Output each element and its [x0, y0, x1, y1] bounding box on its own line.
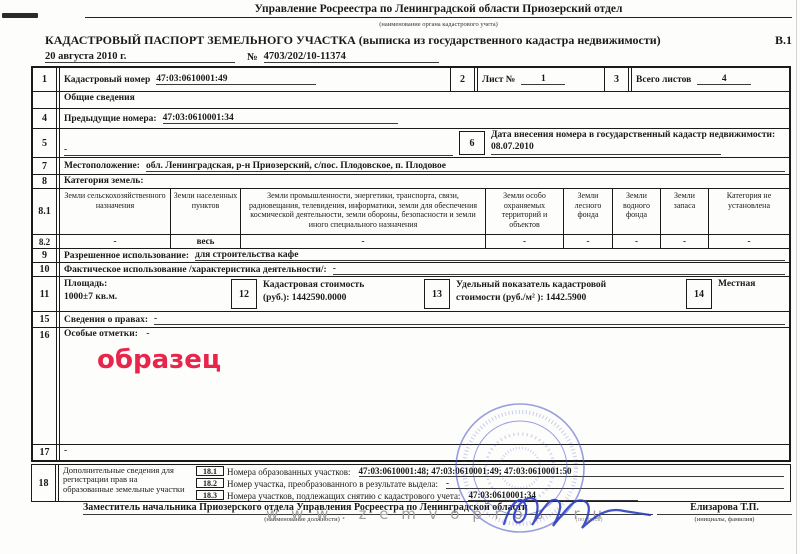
- row-land-category-columns: 8.1 Земли сельскохозяйственного назначен…: [33, 189, 789, 235]
- row-cadastral-number: 1 Кадастровый номер 47:03:0610001:49 2 Л…: [33, 68, 789, 92]
- registration-mark: [2, 13, 38, 18]
- sheet-number-cell: Лист № 1: [477, 68, 602, 91]
- name-caption: (инициалы, фамилия): [657, 515, 792, 523]
- row-land-category: 8 Категория земель:: [33, 175, 789, 189]
- row-number: 15: [33, 312, 57, 327]
- land-category-column: Земли лесного фонда: [563, 189, 612, 234]
- land-category-column: Категория не установлена: [708, 189, 789, 234]
- unit-cost-label-2: стоимости (руб./м² ):: [456, 293, 544, 303]
- location-value: обл. Ленинградская, р-н Приозерский, с/п…: [146, 161, 785, 172]
- row-number: 2: [450, 68, 475, 91]
- total-sheets-value: 4: [697, 74, 751, 85]
- location-cell: Местоположение: обл. Ленинградская, р-н …: [59, 158, 789, 174]
- row-number: 7: [33, 158, 57, 174]
- row-number: 5: [33, 129, 57, 157]
- additional-info-block: 18 Дополнительные сведения для регистрац…: [31, 464, 791, 502]
- document-title-line: КАДАСТРОВЫЙ ПАСПОРТ ЗЕМЕЛЬНОГО УЧАСТКА (…: [45, 33, 792, 48]
- document-title: КАДАСТРОВЫЙ ПАСПОРТ ЗЕМЕЛЬНОГО УЧАСТКА (…: [45, 33, 661, 48]
- row-previous-numbers: 4 Предыдущие номера: 47:03:0610001:34: [33, 109, 789, 129]
- land-category-value: -: [563, 235, 612, 248]
- land-category-column: Земли сельскохозяйственного назначения: [60, 189, 170, 234]
- row-number: 1: [33, 68, 57, 91]
- row-number: 18: [32, 465, 56, 501]
- row-number: 17: [33, 445, 57, 460]
- row-number: 18.3: [196, 490, 224, 500]
- actual-use-label: Фактическое использование /характеристик…: [64, 265, 327, 275]
- row-number: [33, 92, 57, 108]
- row5-value: -: [64, 145, 453, 156]
- area-value: 1000±7 кв.м.: [64, 292, 117, 302]
- rights-info-cell: Сведения о правах: -: [59, 312, 789, 327]
- row-land-category-values: 8.2 - весь - - - - - -: [33, 235, 789, 249]
- row-number: 10: [33, 263, 57, 276]
- row-number: 12: [231, 279, 257, 309]
- land-category-value: -: [60, 235, 170, 248]
- row-number: 13: [424, 279, 450, 309]
- row-entry-date: 5 - 6 Дата внесения номера в государстве…: [33, 129, 789, 158]
- land-category-value: -: [485, 235, 563, 248]
- special-notes-value: -: [146, 329, 149, 339]
- land-category-columns: Земли сельскохозяйственного назначения З…: [59, 189, 789, 234]
- rights-info-label: Сведения о правах:: [64, 315, 148, 325]
- previous-numbers-label: Предыдущие номера:: [64, 114, 157, 124]
- form-code: В.1: [775, 33, 792, 48]
- row5-cell: -: [59, 129, 457, 157]
- formed-parcels-label: Номера образованных участков:: [227, 467, 351, 477]
- name-column: Елизарова Т.П. (инициалы, фамилия): [657, 502, 792, 523]
- land-category-values: - весь - - - - - -: [59, 235, 789, 248]
- cadastral-number-label: Кадастровый номер: [64, 75, 150, 85]
- scan-edge-line: [796, 0, 797, 554]
- land-category-column: Земли промышленности, энергетики, трансп…: [240, 189, 485, 234]
- row-number: 6: [459, 131, 485, 155]
- sheet-label: Лист №: [482, 75, 515, 85]
- cadastral-passport-page: Управление Росреестра по Ленинградской о…: [0, 0, 800, 554]
- cadastral-number-cell: Кадастровый номер 47:03:0610001:49: [59, 68, 448, 91]
- total-sheets-cell: Всего листов 4: [631, 68, 789, 91]
- row-number: 8.2: [33, 235, 57, 248]
- removed-parcels-label: Номера участков, подлежащих снятию с кад…: [227, 491, 460, 501]
- land-category-value: -: [612, 235, 660, 248]
- row-17: 17 -: [33, 445, 789, 460]
- location-label: Местоположение:: [64, 161, 140, 171]
- additional-info-label: Дополнительные сведения для регистрации …: [58, 465, 193, 501]
- row-location: 7 Местоположение: обл. Ленинградская, р-…: [33, 158, 789, 175]
- row-number: 4: [33, 109, 57, 128]
- area-label: Площадь:: [64, 279, 107, 289]
- handwritten-signature: [498, 488, 658, 536]
- land-category-value: весь: [170, 235, 240, 248]
- land-category-column: Земли особо охраняемых территорий и объе…: [485, 189, 563, 234]
- row-number: 14: [686, 279, 712, 309]
- unit-cost-label-1: Удельный показатель кадастровой: [456, 280, 606, 290]
- cadastral-cost-value: 1442590.0000: [292, 293, 347, 303]
- permitted-use-label: Разрешенное использование:: [64, 251, 189, 261]
- cadastral-cost-label-2: (руб.):: [263, 293, 289, 303]
- actual-use-value: -: [333, 264, 785, 275]
- special-notes-label: Особые отметки:: [64, 329, 138, 339]
- authority-name: Управление Росреестра по Ленинградской о…: [85, 3, 792, 18]
- authority-caption: (наименование органа кадастрового учета): [85, 21, 792, 28]
- land-category-value: -: [660, 235, 708, 248]
- row-number: 9: [33, 249, 57, 262]
- permitted-use-value: для строительства кафе: [195, 250, 785, 261]
- main-table: 1 Кадастровый номер 47:03:0610001:49 2 Л…: [31, 66, 791, 462]
- sheet-value: 1: [521, 74, 565, 85]
- row-number: 11: [33, 277, 57, 311]
- permitted-use-cell: Разрешенное использование: для строитель…: [59, 249, 789, 262]
- row-area-cost: 11 Площадь: 1000±7 кв.м. 12 Кадастровая …: [33, 277, 789, 312]
- land-category-value: -: [240, 235, 485, 248]
- row-number: 16: [33, 328, 57, 444]
- row-rights-info: 15 Сведения о правах: -: [33, 312, 789, 328]
- rights-info-value: -: [154, 314, 785, 325]
- area-cell: Площадь: 1000±7 кв.м.: [59, 277, 229, 311]
- document-number: 4703/202/10-11374: [264, 51, 439, 63]
- official-name: Елизарова Т.П.: [657, 502, 792, 515]
- land-category-column: Земли запаса: [660, 189, 708, 234]
- previous-numbers-cell: Предыдущие номера: 47:03:0610001:34: [59, 109, 789, 128]
- cadastral-cost-cell: Кадастровая стоимость (руб.): 1442590.00…: [259, 277, 422, 311]
- previous-numbers-value: 47:03:0610001:34: [163, 113, 398, 124]
- transformed-parcel-label: Номер участка, преобразованного в резуль…: [227, 479, 438, 489]
- entry-date-label: Дата внесения номера в государственный к…: [491, 130, 775, 140]
- entry-date-cell: Дата внесения номера в государственный к…: [487, 129, 789, 157]
- row-permitted-use: 9 Разрешенное использование: для строите…: [33, 249, 789, 263]
- land-category-column: Земли населенных пунктов: [170, 189, 240, 234]
- row-actual-use: 10 Фактическое использование /характерис…: [33, 263, 789, 277]
- unit-cost-cell: Удельный показатель кадастровой стоимост…: [452, 277, 684, 311]
- number-sign: №: [247, 52, 258, 63]
- row-number: 8.1: [33, 189, 57, 234]
- cadastral-cost-label-1: Кадастровая стоимость: [263, 280, 364, 290]
- row17-value: -: [59, 445, 789, 460]
- row-number: 18.2: [196, 478, 224, 488]
- entry-date-value: 08.07.2010: [491, 142, 721, 155]
- row-number: 8: [33, 175, 57, 188]
- local-value-cell: Местная: [714, 277, 789, 311]
- row-number: 18.1: [196, 466, 224, 476]
- row-number: 3: [604, 68, 629, 91]
- general-info-header: Общие сведения: [59, 92, 789, 108]
- row-general-info: Общие сведения: [33, 92, 789, 109]
- actual-use-cell: Фактическое использование /характеристик…: [59, 263, 789, 276]
- sample-watermark: образец: [97, 345, 221, 375]
- land-category-label: Категория земель:: [59, 175, 789, 188]
- land-category-value: -: [708, 235, 789, 248]
- unit-cost-value: 1442.5900: [546, 293, 586, 303]
- date-number-line: 20 августа 2010 г. № 4703/202/10-11374: [45, 51, 645, 63]
- land-category-column: Земли водного фонда: [612, 189, 660, 234]
- total-sheets-label: Всего листов: [636, 75, 691, 85]
- document-date: 20 августа 2010 г.: [45, 51, 235, 63]
- cadastral-number-value: 47:03:0610001:49: [156, 74, 316, 85]
